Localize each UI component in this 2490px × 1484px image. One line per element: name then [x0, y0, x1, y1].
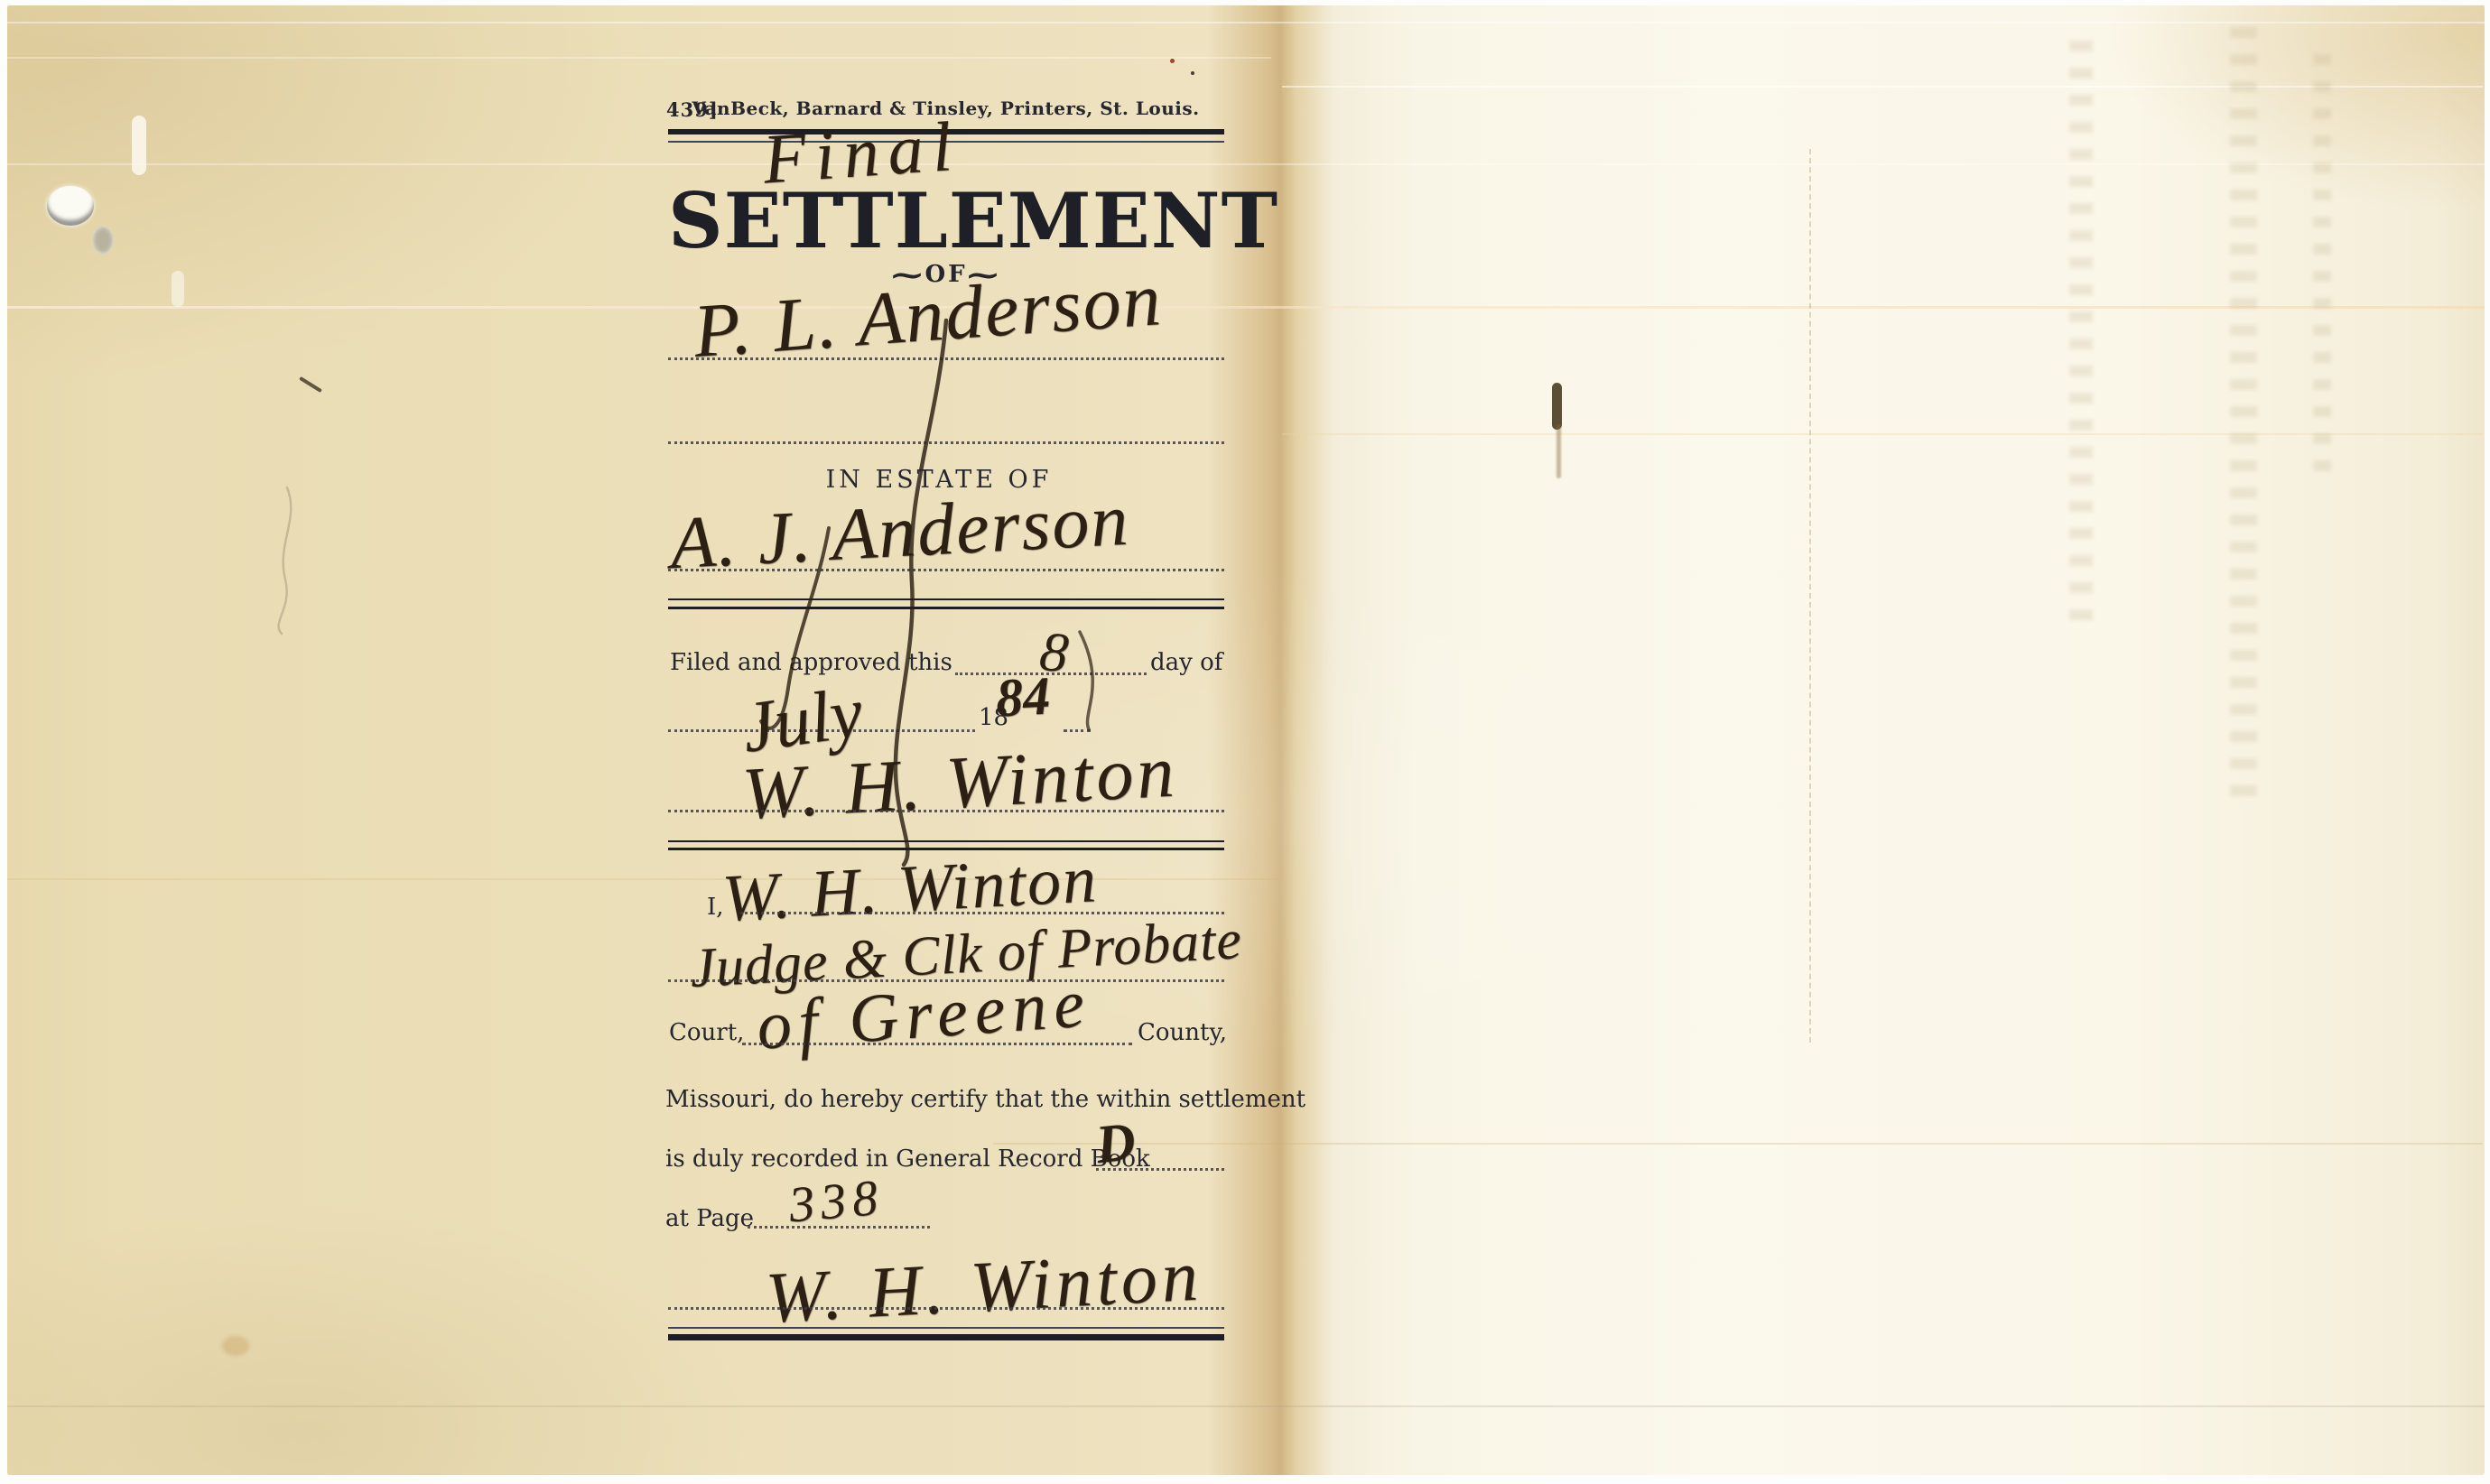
- dotted-line: [668, 441, 1224, 444]
- settlement-title: SETTLEMENT: [668, 183, 1224, 259]
- scanned-document: 439] VanBeck, Barnard & Tinsley, Printer…: [0, 0, 2490, 1484]
- page-number: 338: [787, 1173, 886, 1231]
- county-label: County,: [1138, 1021, 1227, 1044]
- filed-suffix: day of: [1150, 651, 1222, 674]
- bottom-rule-thin: [668, 1327, 1224, 1329]
- certify-i-label: I,: [707, 895, 724, 919]
- dotted-line: [1064, 729, 1091, 732]
- dotted-line: [668, 357, 1224, 360]
- record-book-letter: D: [1093, 1114, 1138, 1172]
- court-label: Court,: [669, 1021, 744, 1044]
- handwritten-year: 84: [994, 668, 1051, 725]
- mid-rule: [668, 598, 1224, 600]
- page-label: at Page: [665, 1207, 754, 1230]
- mid-rule: [668, 840, 1224, 842]
- dotted-line: [742, 1043, 1132, 1045]
- dotted-line: [668, 569, 1224, 571]
- bottom-rule-thick: [668, 1334, 1224, 1340]
- dotted-line: [668, 810, 1224, 812]
- mid-rule: [668, 607, 1224, 609]
- filed-prefix: Filed and approved this: [670, 651, 952, 674]
- certify-text-line1: Missouri, do hereby certify that the wit…: [665, 1088, 1305, 1111]
- certify-text-line2: is duly recorded in General Record Book: [665, 1147, 1150, 1171]
- dotted-line: [668, 1307, 1224, 1310]
